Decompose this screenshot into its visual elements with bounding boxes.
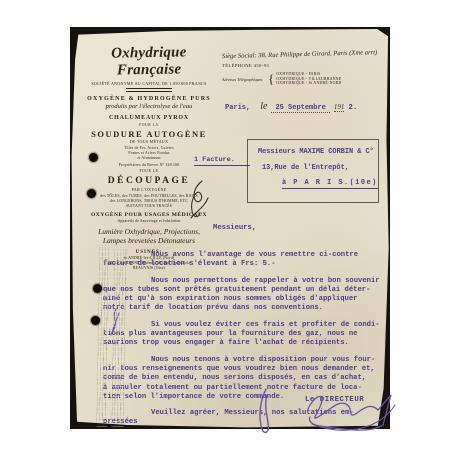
- company-subtitle: SOCIÉTÉ ANONYME AU CAPITAL DE 1.850.000 …: [78, 81, 220, 86]
- punch-hole: [91, 316, 100, 325]
- divider-rule: [126, 88, 172, 92]
- body-line: saurions trop vous engager à faire l'ach…: [103, 339, 383, 348]
- body-line: Nous nous permettons de rappeler à votre…: [103, 277, 383, 286]
- paragraph-space: [103, 349, 383, 356]
- body-line: facture de location s'élevant à Frs: 5.-: [103, 260, 383, 269]
- date-year-printed: 191: [334, 103, 345, 112]
- body-line: nir tous renseignements que vous voudrez…: [103, 365, 383, 374]
- scanned-letter-photo: Oxhydrique Française SOCIÉTÉ ANONYME AU …: [0, 0, 458, 458]
- telegraph-address-3: OXHYDRIQUE - St ANDRÉ-NORD: [276, 81, 341, 86]
- letterhead-right-column: Siège Social: 38, Rue Philippe de Girard…: [222, 51, 386, 87]
- date-le-handwritten: le: [260, 101, 267, 112]
- soudure-line: SOUDURE AUTOGÈNE: [78, 129, 220, 139]
- script-products-2: Lampes brevetées Détonateurs: [78, 236, 220, 245]
- telephone-line: TÉLÉPHONE 450-93: [222, 63, 386, 68]
- salutation: Messieurs,: [213, 224, 256, 232]
- body-line: Si vous voulez éviter ces frais et profi…: [103, 321, 383, 330]
- handwritten-paraph: [182, 177, 212, 222]
- enclosure-note: 1 Facture.: [194, 156, 250, 166]
- recipient-name: Messieurs MAXIME CORBIN & C°: [258, 148, 374, 156]
- date-city: Paris,: [225, 104, 250, 112]
- chalumeaux-line: CHALUMEAUX PYROX: [78, 114, 220, 122]
- date-day-month: 25 Septembre: [271, 104, 329, 113]
- telegraph-block: Adresses Télégraphiques: { OXHYDRIQUE - …: [222, 71, 386, 87]
- photo-backdrop: Oxhydrique Française SOCIÉTÉ ANONYME AU …: [70, 27, 390, 429]
- body-line: Nous nous tenons à votre disposition pou…: [103, 356, 383, 365]
- punch-hole: [87, 189, 96, 198]
- pour-la: POUR LA: [78, 123, 220, 128]
- telegraph-addresses: OXHYDRIQUE - PARIS OXHYDRIQUE - VILLEURB…: [276, 72, 341, 86]
- body-line: notre tarif de location prévu dans nos c…: [103, 304, 383, 313]
- body-line: miné et qu'à son expiration nous sommes …: [103, 295, 383, 304]
- paragraph-space: [103, 314, 383, 321]
- date-line: Paris, le 25 Septembre 191 2.: [225, 96, 395, 114]
- punch-hole: [93, 284, 102, 293]
- body-line: tions plus avantageuses pour la fournitu…: [103, 330, 383, 339]
- head-office-line: Siège Social: 38, Rue Philippe de Girard…: [222, 49, 386, 61]
- paragraph-space: [103, 270, 383, 277]
- punch-hole: [89, 153, 98, 162]
- signature: [250, 377, 400, 439]
- body-line: que nos tubes sont prêtés gratuitement p…: [103, 286, 383, 295]
- script-products-1: Lumière Oxhydrique, Projections,: [78, 227, 220, 236]
- products-line: OXYGÈNE & HYDROGÈNE PURS: [78, 95, 220, 103]
- company-name: Oxhydrique Française: [78, 44, 221, 80]
- recipient-street: 13,Rue de l'Entrepôt,: [262, 164, 349, 172]
- body-line: Nous avons l'avantage de vous remettre c…: [103, 251, 383, 260]
- brace-glyph: {: [268, 71, 274, 87]
- recipient-address-box: Messieurs MAXIME CORBIN & C° 13,Rue de l…: [247, 139, 379, 203]
- telegraph-label: Adresses Télégraphiques:: [222, 77, 266, 82]
- products-sub: produits par l'électrolyse de l'eau: [78, 103, 220, 111]
- metaux-line: DE TOUS MÉTAUX: [78, 139, 220, 144]
- pour-le: POUR LE: [78, 169, 220, 174]
- recipient-city: à P A R I S.(10e): [282, 179, 378, 189]
- date-year-handwritten: 2.: [348, 104, 357, 112]
